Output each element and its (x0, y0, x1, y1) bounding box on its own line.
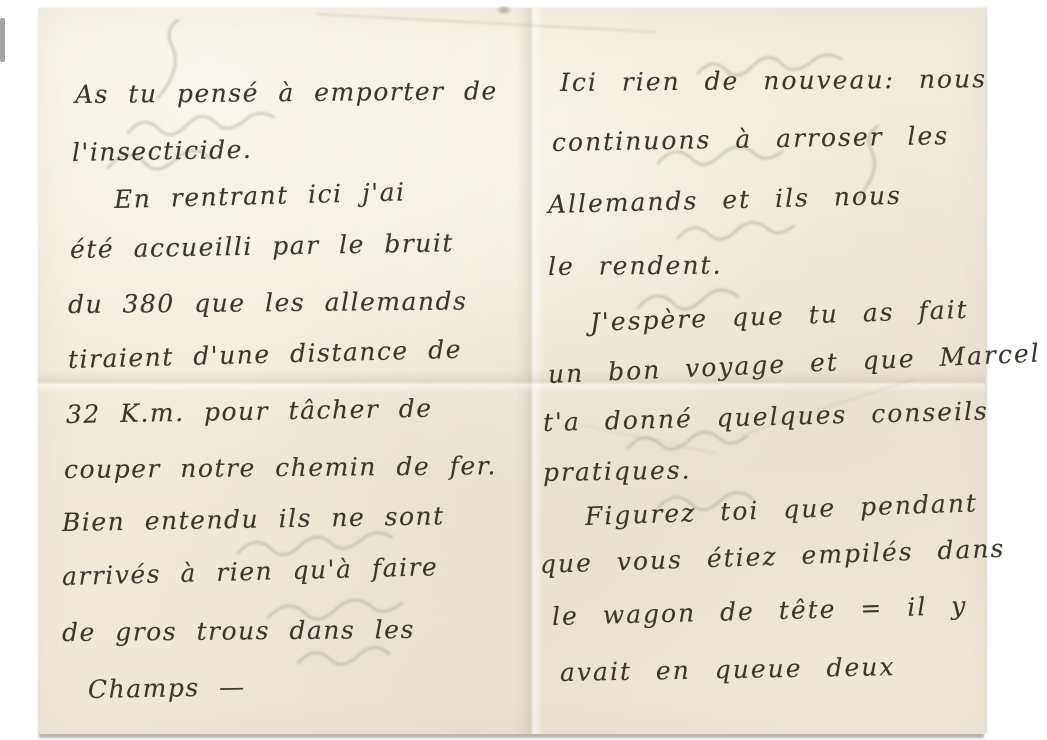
top-edge-smudge (496, 5, 512, 15)
handwritten-line-right-6: un bon voyage et que Marcel (547, 339, 1041, 389)
handwritten-line-left-8: couper notre chemin de fer. (64, 451, 497, 484)
handwritten-line-right-9: Figurez toi que pendant (584, 488, 978, 531)
letter-paper: As tu pensé à emporter de l'insecticide.… (38, 8, 985, 734)
handwritten-line-left-1: As tu pensé à emporter de (75, 76, 498, 109)
handwritten-line-left-5: du 380 que les allemands (68, 287, 468, 319)
handwritten-line-left-11: de gros trous dans les (62, 615, 415, 647)
handwritten-line-right-7: t'a donné quelques conseils (543, 396, 990, 437)
handwritten-line-left-6: tiraient d'une distance de (68, 335, 463, 374)
handwritten-line-left-12: Champs — (88, 672, 246, 704)
handwritten-line-left-2: l'insecticide. (72, 135, 253, 167)
handwritten-line-right-2: continuons à arroser les (552, 121, 950, 157)
handwritten-line-left-9: Bien entendu ils ne sont (62, 501, 445, 537)
vertical-fold-crease (516, 8, 544, 734)
handwritten-line-right-3: Allemands et ils nous (548, 181, 903, 219)
handwritten-line-right-4: le rendent. (548, 250, 723, 281)
handwritten-line-right-8: pratiques. (543, 455, 692, 487)
handwritten-line-left-3: En rentrant ici j'ai (114, 177, 406, 214)
scan-edge-mark (0, 18, 5, 62)
handwritten-line-left-4: été accueilli par le bruit (70, 228, 454, 264)
handwritten-line-right-12: avait en queue deux (560, 652, 896, 687)
scanned-letter: As tu pensé à emporter de l'insecticide.… (0, 0, 1047, 740)
handwritten-line-right-10: que vous étiez empilés dans (539, 534, 1005, 579)
handwritten-line-left-7: 32 K.m. pour tâcher de (66, 394, 433, 429)
handwritten-line-right-1: Ici rien de nouveau: nous (560, 64, 987, 97)
handwritten-line-right-5: J'espère que tu as fait (589, 295, 969, 337)
handwritten-line-right-11: le wagon de tête = il y (552, 591, 968, 631)
handwritten-line-left-10: arrivés à rien qu'à faire (62, 552, 439, 591)
top-crease (316, 13, 656, 33)
